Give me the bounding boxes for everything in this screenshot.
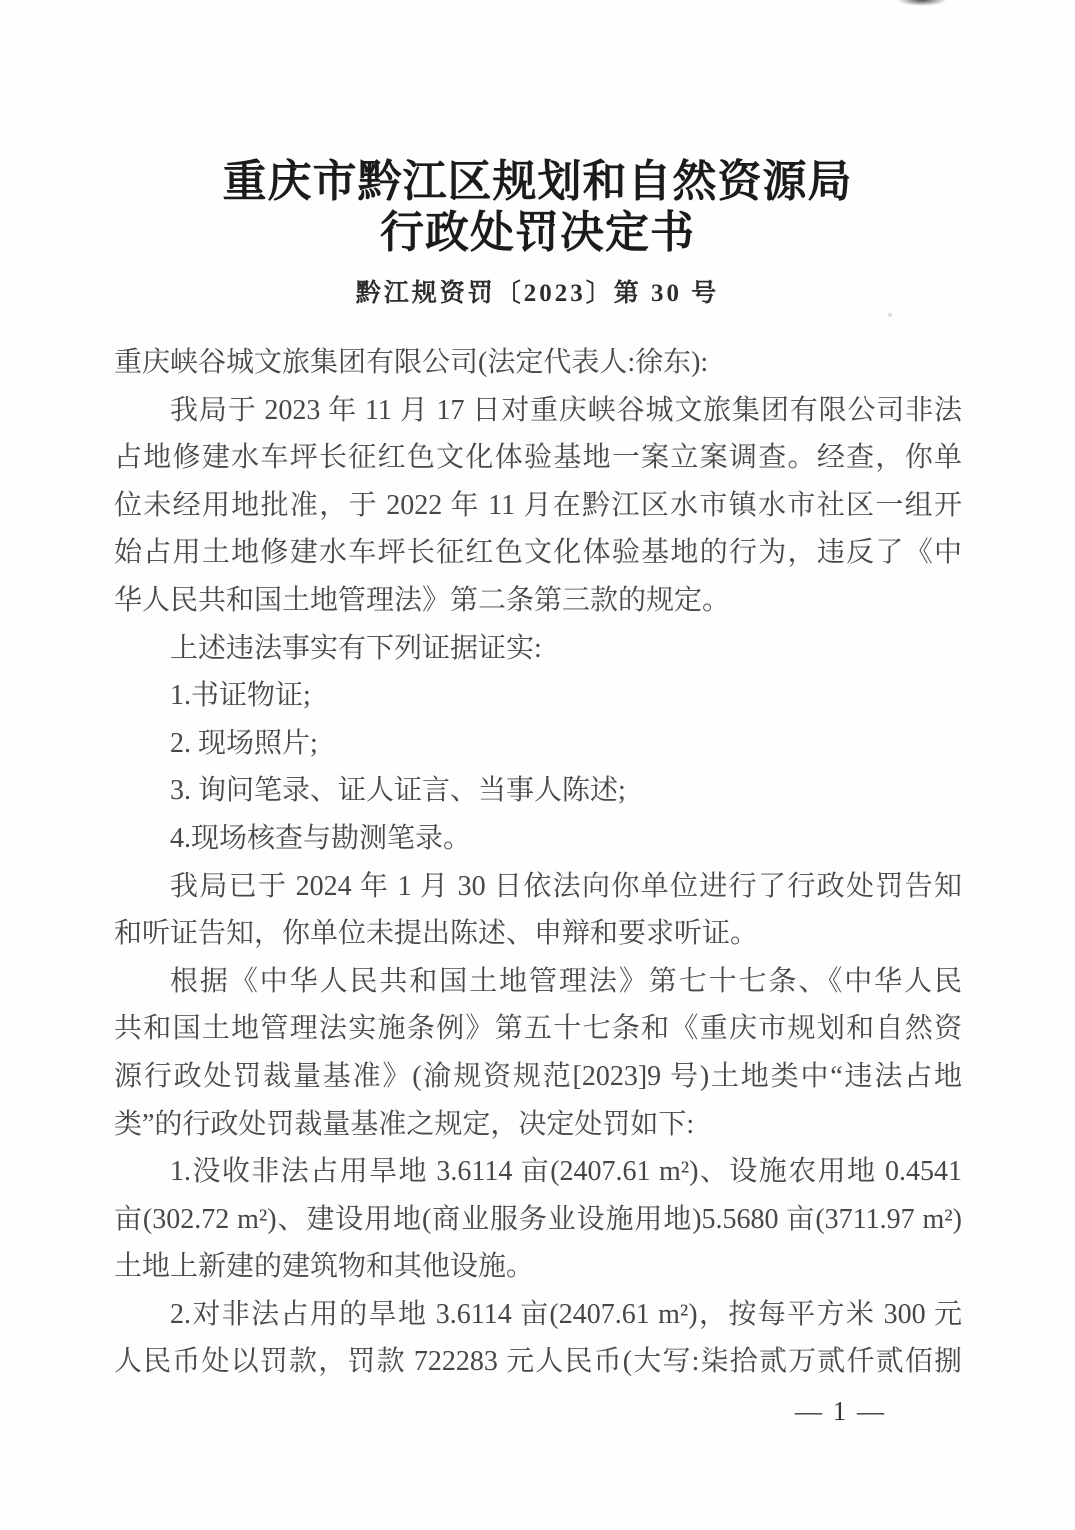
scan-smudge-artifact	[893, 0, 951, 7]
document-title-line2: 行政处罚决定书	[0, 207, 1075, 258]
document-number: 黔江规资罚〔2023〕第 30 号	[0, 273, 1075, 309]
scan-dot-artifact	[888, 313, 892, 317]
doc-line: 上述违法事实有下列证据证实:	[114, 625, 962, 673]
doc-line: 人民币处以罚款，罚款 722283 元人民币(大写:柒拾贰万贰仟贰佰捌	[114, 1338, 962, 1386]
doc-line: 4.现场核查与勘测笔录。	[114, 815, 962, 863]
doc-line: 和听证告知，你单位未提出陈述、申辩和要求听证。	[114, 910, 962, 958]
doc-line: 2.对非法占用的旱地 3.6114 亩(2407.61 m²)，按每平方米 30…	[114, 1291, 962, 1339]
doc-line: 亩(302.72 m²)、建设用地(商业服务业设施用地)5.5680 亩(371…	[114, 1196, 962, 1244]
document-page: 重庆市黔江区规划和自然资源局 行政处罚决定书 黔江规资罚〔2023〕第 30 号…	[0, 0, 1075, 1530]
doc-line: 1.没收非法占用旱地 3.6114 亩(2407.61 m²)、设施农用地 0.…	[114, 1148, 962, 1196]
document-header: 重庆市黔江区规划和自然资源局 行政处罚决定书 黔江规资罚〔2023〕第 30 号	[0, 156, 1075, 309]
doc-line: 占地修建水车坪长征红色文化体验基地一案立案调查。经查，你单	[114, 434, 962, 482]
doc-line: 华人民共和国土地管理法》第二条第三款的规定。	[114, 577, 962, 625]
doc-line: 1.书证物证;	[114, 672, 962, 720]
doc-line: 重庆峡谷城文旅集团有限公司(法定代表人:徐东):	[114, 339, 962, 387]
doc-line: 土地上新建的建筑物和其他设施。	[114, 1243, 962, 1291]
doc-line: 3. 询问笔录、证人证言、当事人陈述;	[114, 767, 962, 815]
document-title-line1: 重庆市黔江区规划和自然资源局	[0, 156, 1075, 207]
page-number: — 1 —	[795, 1396, 886, 1427]
doc-line: 共和国土地管理法实施条例》第五十七条和《重庆市规划和自然资	[114, 1005, 962, 1053]
doc-line: 源行政处罚裁量基准》(渝规资规范[2023]9 号)土地类中“违法占地	[114, 1053, 962, 1101]
doc-line: 根据《中华人民共和国土地管理法》第七十七条、《中华人民	[114, 958, 962, 1006]
document-body: 重庆峡谷城文旅集团有限公司(法定代表人:徐东): 我局于 2023 年 11 月…	[114, 339, 962, 1386]
doc-line: 位未经用地批准，于 2022 年 11 月在黔江区水市镇水市社区一组开	[114, 482, 962, 530]
doc-line: 类”的行政处罚裁量基准之规定，决定处罚如下:	[114, 1101, 962, 1149]
doc-line: 我局已于 2024 年 1 月 30 日依法向你单位进行了行政处罚告知	[114, 863, 962, 911]
doc-line: 始占用土地修建水车坪长征红色文化体验基地的行为，违反了《中	[114, 529, 962, 577]
doc-line: 我局于 2023 年 11 月 17 日对重庆峡谷城文旅集团有限公司非法	[114, 387, 962, 435]
doc-line: 2. 现场照片;	[114, 720, 962, 768]
